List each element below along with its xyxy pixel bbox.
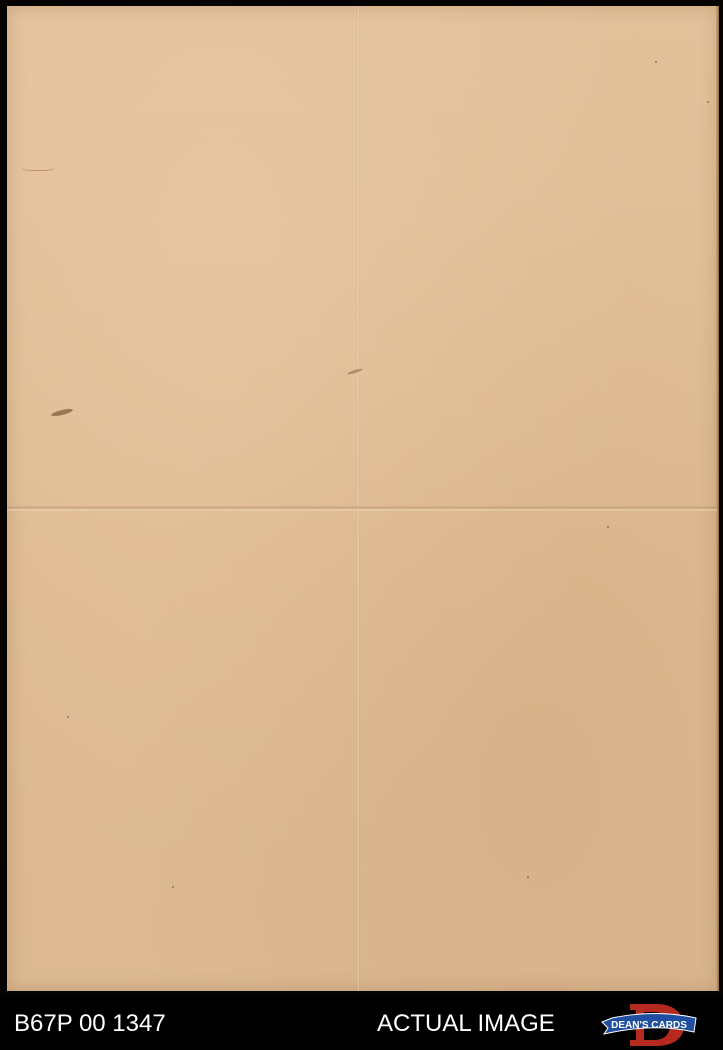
scan-area [0, 0, 723, 996]
logo-text: DEAN'S CARDS [611, 1020, 687, 1031]
horizontal-fold-line [7, 506, 717, 512]
paper-right-edge [716, 6, 719, 991]
paper-sheet [7, 6, 717, 991]
speck-mark [67, 716, 69, 718]
speck-mark [527, 876, 529, 878]
footer-bar: B67P 00 1347 ACTUAL IMAGE DEAN'S CARDS [0, 996, 723, 1050]
item-code: B67P 00 1347 [14, 1010, 166, 1038]
speck-mark [707, 101, 709, 103]
vertical-fold-line [357, 6, 360, 991]
smudge-mark [51, 407, 74, 417]
speck-mark [607, 526, 609, 528]
speck-mark [655, 61, 657, 63]
smudge-mark [347, 368, 363, 376]
deans-cards-logo-icon: DEAN'S CARDS [600, 1002, 698, 1046]
pink-scribble-mark [21, 164, 55, 171]
actual-image-label: ACTUAL IMAGE [377, 1010, 555, 1038]
speck-mark [172, 886, 174, 888]
